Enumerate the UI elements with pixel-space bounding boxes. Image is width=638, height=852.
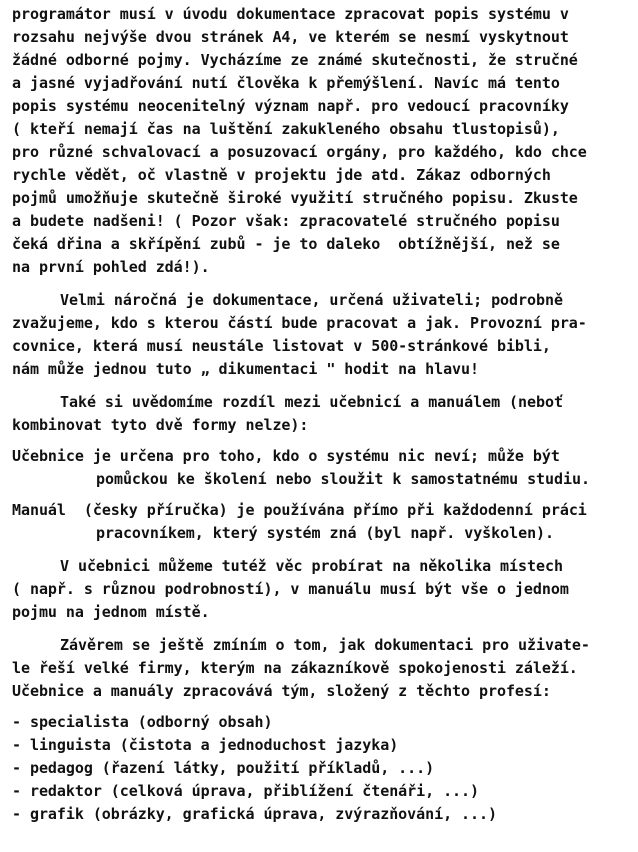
list-item: - pedagog (řazení látky, použití příklad… [12, 757, 638, 780]
profession-list: - specialista (odborný obsah) - linguist… [12, 711, 638, 826]
text-line: a jasné vyjadřování nutí člověka k přemý… [12, 72, 638, 95]
paragraph-gap [12, 545, 638, 555]
definition-line: Manuál (česky příručka) je používána pří… [12, 499, 638, 522]
paragraph-textbook-repetition: V učebnici můžeme tutéž věc probírat na … [12, 555, 638, 624]
definition-text: (česky příručka) je používána přímo při … [66, 501, 587, 519]
text-line: na první pohled zdá!). [12, 256, 638, 279]
definition-manual: Manuál (česky příručka) je používána pří… [12, 499, 638, 545]
text-line: rychle vědět, oč vlastně v projektu jde … [12, 164, 638, 187]
paragraph-gap [12, 703, 638, 711]
paragraph-user-documentation: Velmi náročná je dokumentace, určená uži… [12, 289, 638, 381]
text-line: nám může jednou tuto „ dikumentaci " hod… [12, 358, 638, 381]
text-line: pojmu na jednom místě. [12, 601, 638, 624]
definition-continuation: pracovníkem, který systém zná (byl např.… [12, 522, 638, 545]
text-line: Učebnice a manuály zpracovává tým, slože… [12, 680, 638, 703]
text-line: V učebnici můžeme tutéž věc probírat na … [12, 555, 638, 578]
text-line: kombinovat tyto dvě formy nelze): [12, 414, 638, 437]
text-line: čeká dřina a skřípění zubů - je to dalek… [12, 233, 638, 256]
text-line: pojmů umožňuje skutečně široké využití s… [12, 187, 638, 210]
text-line: a budete nadšeni! ( Pozor však: zpracova… [12, 210, 638, 233]
paragraph-gap [12, 279, 638, 289]
text-line: programátor musí v úvodu dokumentace zpr… [12, 3, 638, 26]
text-line: ( např. s různou podrobností), v manuálu… [12, 578, 638, 601]
text-line: covnice, která musí neustále listovat v … [12, 335, 638, 358]
paragraph-gap [12, 437, 638, 445]
text-line: rozsahu nejvýše dvou stránek A4, ve kter… [12, 26, 638, 49]
text-line: ( kteří nemají čas na luštění zakuklenéh… [12, 118, 638, 141]
list-item: - specialista (odborný obsah) [12, 711, 638, 734]
paragraph-gap [12, 491, 638, 499]
text-line: Velmi náročná je dokumentace, určená uži… [12, 289, 638, 312]
text-line: popis systému neocenitelný význam např. … [12, 95, 638, 118]
text-line: zvažujeme, kdo s kterou částí bude praco… [12, 312, 638, 335]
list-item: - redaktor (celková úprava, přiblížení č… [12, 780, 638, 803]
paragraph-gap [12, 624, 638, 634]
list-item: - grafik (obrázky, grafická úprava, zvýr… [12, 803, 638, 826]
text-line: Také si uvědomíme rozdíl mezi učebnicí a… [12, 391, 638, 414]
list-item: - linguista (čistota a jednoduchost jazy… [12, 734, 638, 757]
text-line: le řeší velké firmy, kterým na zákazníko… [12, 657, 638, 680]
paragraph-conclusion: Závěrem se ještě zmíním o tom, jak dokum… [12, 634, 638, 703]
paragraph-textbook-vs-manual: Také si uvědomíme rozdíl mezi učebnicí a… [12, 391, 638, 437]
text-line: pro různé schvalovací a posuzovací orgán… [12, 141, 638, 164]
definition-term: Manuál [12, 501, 66, 519]
paragraph-intro: programátor musí v úvodu dokumentace zpr… [12, 3, 638, 279]
text-line: žádné odborné pojmy. Vycházíme ze známé … [12, 49, 638, 72]
definition-continuation: pomůckou ke školení nebo sloužit k samos… [12, 468, 638, 491]
paragraph-gap [12, 381, 638, 391]
text-line: Závěrem se ještě zmíním o tom, jak dokum… [12, 634, 638, 657]
definition-text: je určena pro toho, kdo o systému nic ne… [84, 447, 560, 465]
definition-line: Učebnice je určena pro toho, kdo o systé… [12, 445, 638, 468]
definition-textbook: Učebnice je určena pro toho, kdo o systé… [12, 445, 638, 491]
definition-term: Učebnice [12, 447, 84, 465]
typewritten-page: programátor musí v úvodu dokumentace zpr… [12, 3, 638, 826]
